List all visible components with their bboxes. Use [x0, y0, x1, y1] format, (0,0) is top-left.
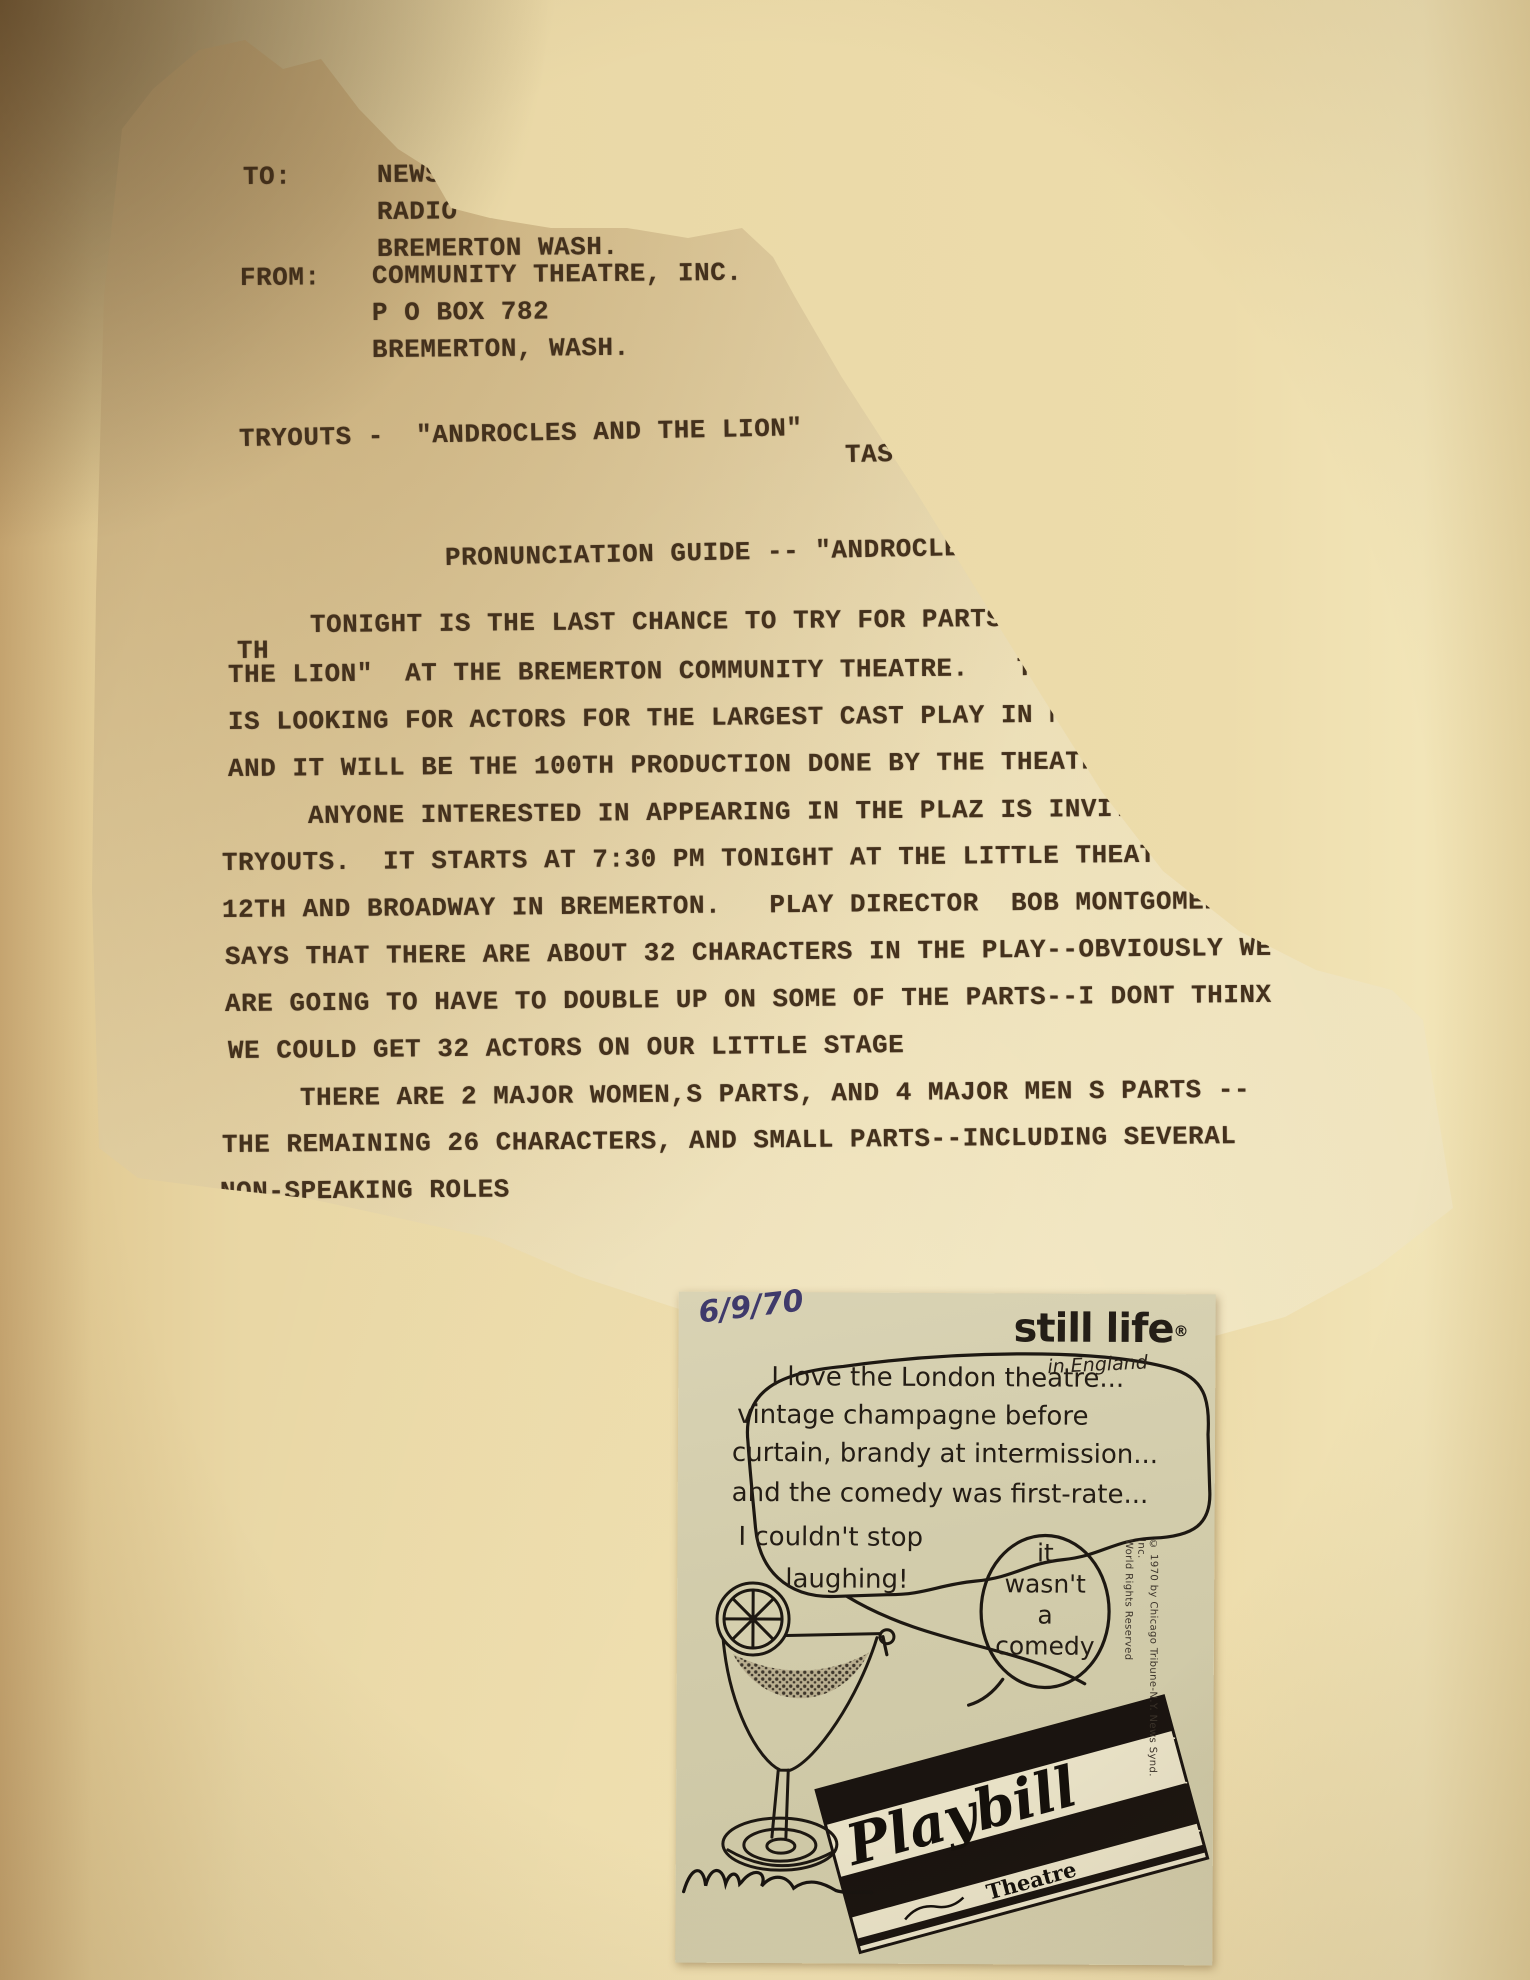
bubble-line: I couldn't stop	[738, 1522, 923, 1553]
to-label: TO:	[243, 162, 292, 192]
reply-line: wasn't	[945, 1568, 1145, 1600]
memo-body-line: IS LOOKING FOR ACTORS FOR THE LARGEST CA…	[228, 698, 1259, 737]
from-line: P O BOX 782	[372, 296, 549, 328]
memo-body-line: AND IT WILL BE THE 100TH PRODUCTION DONE…	[228, 746, 1130, 784]
pronunciation-guide-line: PRONUNCIATION GUIDE -- "ANDROCLES" -- AN…	[445, 526, 1331, 573]
bubble-line: curtain, brandy at intermission...	[732, 1438, 1158, 1470]
from-line: COMMUNITY THEATRE, INC.	[372, 258, 743, 291]
from-line: BREMERTON, WASH.	[372, 333, 630, 365]
copyright-line: World Rights Reserved	[1120, 1539, 1134, 1794]
memo-body-line: ANYONE INTERESTED IN APPEARING IN THE PL…	[308, 792, 1323, 831]
memo-body-line: THE REMAINING 26 CHARACTERS, AND SMALL P…	[222, 1121, 1237, 1160]
memo-body-line: THE LION" AT THE BREMERTON COMMUNITY THE…	[228, 651, 1291, 690]
bubble-line: vintage champagne before	[737, 1400, 1089, 1432]
newspaper-clipping: Playbill Theatre	[675, 1292, 1216, 1966]
memo-body-line: 12TH AND BROADWAY IN BREMERTON. PLAY DIR…	[222, 886, 1237, 925]
memo-body-line: NON-SPEAKING ROLES	[220, 1174, 510, 1207]
cartoon-title: still life®	[1013, 1305, 1187, 1352]
headline-tryouts: TRYOUTS - "ANDROCLES AND THE LION"	[239, 413, 803, 454]
bubble-line: I love the London theatre...	[771, 1362, 1124, 1394]
cartoon-title-text: still life	[1013, 1305, 1173, 1352]
scrapbook-page-photo: TO: NEWS DEPT. RADIO K B R O BREMERTON W…	[0, 0, 1530, 1980]
bubble-line: laughing!	[785, 1564, 908, 1595]
reply-line: a	[945, 1599, 1145, 1631]
reply-line: comedy	[945, 1630, 1145, 1662]
from-label: FROM:	[240, 262, 321, 293]
memo-body-line: TONIGHT IS THE LAST CHANCE TO TRY FOR PA…	[310, 601, 1292, 640]
to-line: NEWS DEPT.	[377, 159, 538, 190]
memo-body-line: SAYS THAT THERE ARE ABOUT 32 CHARACTERS …	[225, 933, 1272, 972]
copyright-line: © 1970 by Chicago Tribune-N.Y. News Synd…	[1133, 1539, 1159, 1794]
headline-last-time: TAST TIME TONIGHT	[845, 435, 1119, 470]
memo-body-line: THERE ARE 2 MAJOR WOMEN,S PARTS, AND 4 M…	[300, 1075, 1250, 1113]
bubble-line: and the comedy was first-rate...	[732, 1478, 1149, 1510]
lemon-wheel-drawing	[717, 1583, 789, 1655]
reply-bubble-text: it wasn't a comedy	[945, 1537, 1146, 1662]
reply-line: it	[945, 1537, 1145, 1569]
to-line: RADIO K B R O	[377, 195, 603, 227]
memo-body-line: WE COULD GET 32 ACTORS ON OUR LITTLE STA…	[228, 1030, 905, 1066]
copyright-notice: © 1970 by Chicago Tribune-N.Y. News Synd…	[1120, 1539, 1159, 1794]
memo-body-line: TRYOUTS. IT STARTS AT 7:30 PM TONIGHT AT…	[222, 839, 1269, 878]
memo-body-line: ARE GOING TO HAVE TO DOUBLE UP ON SOME O…	[225, 980, 1272, 1019]
registered-trademark-icon: ®	[1174, 1322, 1188, 1340]
